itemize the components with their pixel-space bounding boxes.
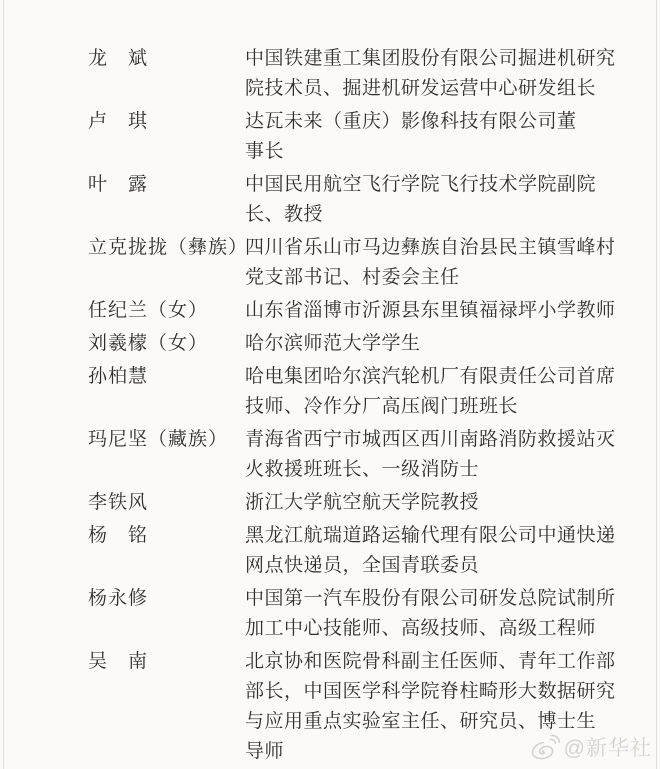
watermark: @新华社 (530, 732, 652, 762)
description-line: 技师、冷作分厂高压阀门班班长 (245, 392, 616, 422)
description-line: 党支部书记、村委会主任 (245, 263, 616, 293)
person-name: 杨 铭 (88, 521, 245, 581)
list-item: 李铁风 浙江大学航空航天学院教授 (88, 488, 610, 518)
description-line: 事长 (245, 137, 610, 167)
person-name: 叶 露 (88, 170, 245, 230)
person-name: 吴 南 (88, 647, 245, 767)
description-line: 黑龙江航瑞道路运输代理有限公司中通快递 (245, 521, 616, 551)
person-name: 玛尼坚（藏族） (88, 425, 245, 485)
list-item: 龙 斌 中国铁建重工集团股份有限公司掘进机研究 院技术员、掘进机研发运营中心研发… (88, 44, 610, 104)
person-name: 任纪兰（女） (88, 296, 245, 326)
description-line: 中国民用航空飞行学院飞行技术学院副院 (245, 170, 610, 200)
description-line: 浙江大学航空航天学院教授 (245, 488, 610, 518)
list-item: 孙柏慧 哈电集团哈尔滨汽轮机厂有限责任公司首席 技师、冷作分厂高压阀门班班长 (88, 362, 610, 422)
description-line: 哈尔滨师范大学学生 (245, 329, 610, 359)
person-description: 青海省西宁市城西区西川南路消防救援站灭 火救援班班长、一级消防士 (245, 425, 616, 485)
person-description: 哈电集团哈尔滨汽轮机厂有限责任公司首席 技师、冷作分厂高压阀门班班长 (245, 362, 616, 422)
person-description: 浙江大学航空航天学院教授 (245, 488, 610, 518)
description-line: 长、教授 (245, 200, 610, 230)
list-item: 任纪兰（女） 山东省淄博市沂源县东里镇福禄坪小学教师 (88, 296, 610, 326)
list-item: 卢 琪 达瓦未来（重庆）影像科技有限公司董 事长 (88, 107, 610, 167)
weibo-icon (530, 734, 560, 760)
list-item: 叶 露 中国民用航空飞行学院飞行技术学院副院 长、教授 (88, 170, 610, 230)
person-description: 四川省乐山市马边彝族自治县民主镇雪峰村 党支部书记、村委会主任 (245, 233, 616, 293)
description-line: 加工中心技能师、高级技师、高级工程师 (245, 614, 616, 644)
description-line: 院技术员、掘进机研发运营中心研发组长 (245, 74, 616, 104)
list-item: 杨 铭 黑龙江航瑞道路运输代理有限公司中通快递 网点快递员，全国青联委员 (88, 521, 610, 581)
description-line: 网点快递员，全国青联委员 (245, 551, 616, 581)
person-description: 中国第一汽车股份有限公司研发总院试制所 加工中心技能师、高级技师、高级工程师 (245, 584, 616, 644)
person-description: 黑龙江航瑞道路运输代理有限公司中通快递 网点快递员，全国青联委员 (245, 521, 616, 581)
person-name: 孙柏慧 (88, 362, 245, 422)
person-name: 李铁风 (88, 488, 245, 518)
description-line: 部长，中国医学科学院脊柱畸形大数据研究 (245, 677, 616, 707)
person-name: 卢 琪 (88, 107, 245, 167)
list-item: 玛尼坚（藏族） 青海省西宁市城西区西川南路消防救援站灭 火救援班班长、一级消防士 (88, 425, 610, 485)
list-item: 刘羲檬（女） 哈尔滨师范大学学生 (88, 329, 610, 359)
person-description: 达瓦未来（重庆）影像科技有限公司董 事长 (245, 107, 610, 167)
description-line: 中国第一汽车股份有限公司研发总院试制所 (245, 584, 616, 614)
description-line: 山东省淄博市沂源县东里镇福禄坪小学教师 (245, 296, 616, 326)
person-name: 立克拢拢（彝族） (88, 233, 245, 293)
person-name: 刘羲檬（女） (88, 329, 245, 359)
scanned-document-page: 龙 斌 中国铁建重工集团股份有限公司掘进机研究 院技术员、掘进机研发运营中心研发… (0, 0, 660, 769)
honoree-list: 龙 斌 中国铁建重工集团股份有限公司掘进机研究 院技术员、掘进机研发运营中心研发… (88, 44, 610, 769)
person-name: 龙 斌 (88, 44, 245, 104)
description-line: 火救援班班长、一级消防士 (245, 455, 616, 485)
description-line: 中国铁建重工集团股份有限公司掘进机研究 (245, 44, 616, 74)
watermark-text: @新华社 (564, 732, 652, 762)
person-description: 中国铁建重工集团股份有限公司掘进机研究 院技术员、掘进机研发运营中心研发组长 (245, 44, 616, 104)
description-line: 青海省西宁市城西区西川南路消防救援站灭 (245, 425, 616, 455)
person-description: 中国民用航空飞行学院飞行技术学院副院 长、教授 (245, 170, 610, 230)
scan-edge-left (3, 0, 4, 769)
description-line: 北京协和医院骨科副主任医师、青年工作部 (245, 647, 616, 677)
description-line: 哈电集团哈尔滨汽轮机厂有限责任公司首席 (245, 362, 616, 392)
description-line: 达瓦未来（重庆）影像科技有限公司董 (245, 107, 610, 137)
person-description: 山东省淄博市沂源县东里镇福禄坪小学教师 (245, 296, 616, 326)
list-item: 杨永修 中国第一汽车股份有限公司研发总院试制所 加工中心技能师、高级技师、高级工… (88, 584, 610, 644)
scan-edge-right (656, 0, 657, 769)
list-item: 立克拢拢（彝族） 四川省乐山市马边彝族自治县民主镇雪峰村 党支部书记、村委会主任 (88, 233, 610, 293)
description-line: 四川省乐山市马边彝族自治县民主镇雪峰村 (245, 233, 616, 263)
person-name: 杨永修 (88, 584, 245, 644)
person-description: 哈尔滨师范大学学生 (245, 329, 610, 359)
